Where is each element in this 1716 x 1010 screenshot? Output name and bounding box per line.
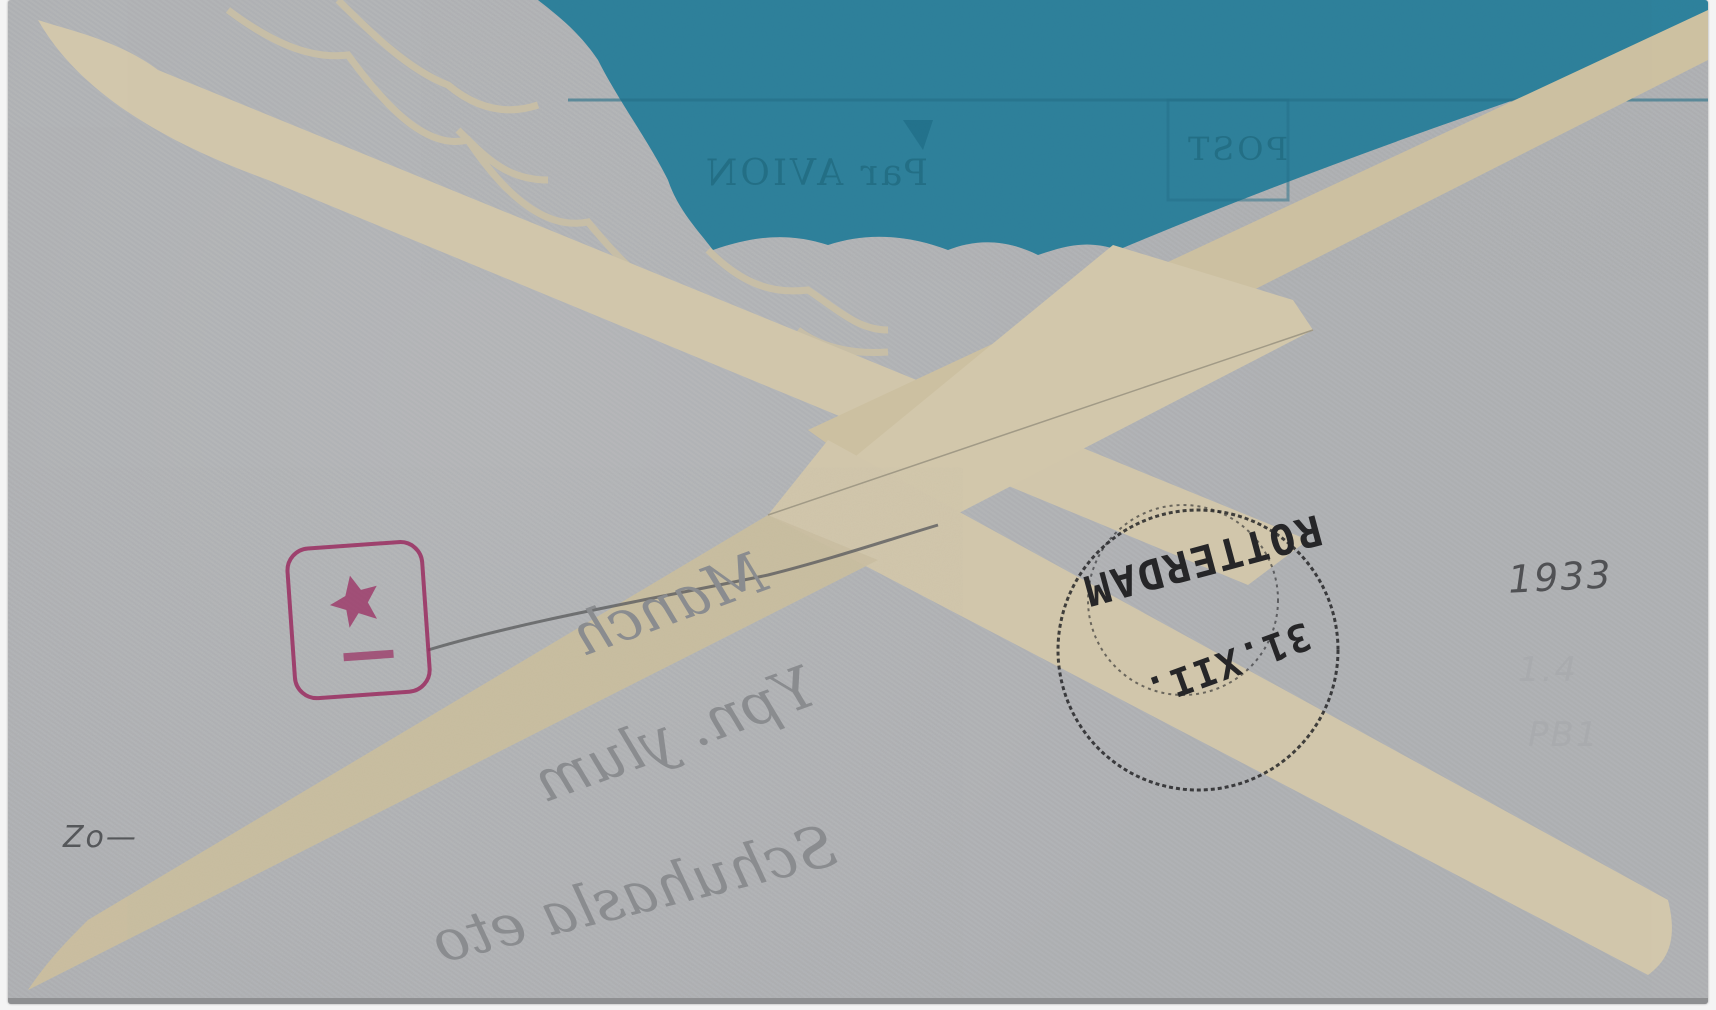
envelope-artwork: Par AVION POST — [8, 0, 1708, 1004]
paper-grain — [8, 0, 1708, 1004]
pencil-faint-note-1: 1.4 — [1518, 650, 1578, 690]
pencil-corner-note: Zo— — [63, 820, 138, 855]
pencil-year-note: 1933 — [1507, 552, 1614, 601]
pencil-faint-note-2: PB1 — [1528, 715, 1599, 755]
envelope-bottom-edge — [8, 998, 1708, 1004]
photo-stage: Par AVION POST — [0, 0, 1716, 1010]
envelope-back: Par AVION POST — [8, 0, 1708, 1004]
